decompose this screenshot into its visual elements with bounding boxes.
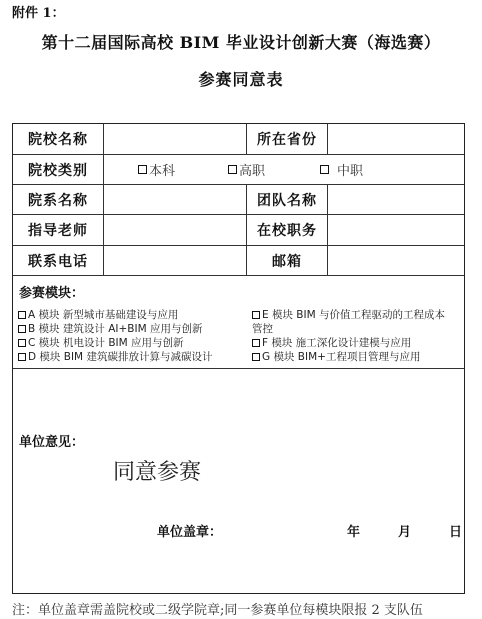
checkbox-icon[interactable]: [252, 311, 260, 319]
email-label: 邮箱: [272, 251, 302, 271]
school-name-label: 院校名称: [28, 129, 88, 149]
opinion-text[interactable]: 同意参赛: [113, 455, 201, 486]
module-f[interactable]: F 模块 施工深化设计建模与应用: [252, 335, 411, 350]
year-label: 年: [347, 521, 360, 540]
modules-title: 参赛模块：: [19, 282, 84, 301]
module-b[interactable]: B 模块 建筑设计 AI+BIM 应用与创新: [18, 321, 203, 336]
checkbox-icon[interactable]: [18, 311, 26, 319]
phone-field[interactable]: [103, 246, 246, 275]
checkbox-icon[interactable]: [228, 165, 237, 174]
option-secondary-vocational[interactable]: 中职: [320, 155, 363, 184]
email-field[interactable]: [327, 246, 464, 275]
consent-form-table: 院校名称 所在省份 院校类别 本科 高职 中职 院系名称 团队名称 指导老师 在…: [12, 123, 465, 594]
module-d[interactable]: D 模块 BIM 建筑碳排放计算与减碳设计: [18, 349, 212, 364]
opinion-label: 单位意见：: [19, 431, 84, 450]
row-advisor: 指导老师 在校职务: [13, 215, 464, 246]
phone-label: 联系电话: [28, 251, 88, 271]
attachment-label: 附件 1：: [12, 2, 65, 21]
advisor-field[interactable]: [103, 215, 246, 245]
module-a[interactable]: A 模块 新型城市基础建设与应用: [18, 307, 178, 322]
department-label: 院系名称: [28, 190, 88, 210]
seal-label: 单位盖章：: [157, 521, 222, 540]
school-name-field[interactable]: [103, 124, 246, 154]
department-field[interactable]: [103, 185, 246, 214]
row-school-type: 院校类别 本科 高职 中职: [13, 155, 464, 185]
module-c[interactable]: C 模块 机电设计 BIM 应用与创新: [18, 335, 184, 350]
module-g[interactable]: G 模块 BIM+工程项目管理与应用: [252, 349, 420, 364]
team-name-label: 团队名称: [257, 190, 317, 210]
modules-section: 参赛模块： A 模块 新型城市基础建设与应用 B 模块 建筑设计 AI+BIM …: [13, 276, 464, 369]
advisor-label: 指导老师: [28, 220, 88, 240]
checkbox-icon[interactable]: [252, 353, 260, 361]
position-label: 在校职务: [257, 220, 317, 240]
row-school-name: 院校名称 所在省份: [13, 124, 464, 155]
module-e[interactable]: E 模块 BIM 与价值工程驱动的工程成本: [252, 307, 445, 322]
option-vocational-college[interactable]: 高职: [228, 155, 265, 184]
checkbox-icon[interactable]: [18, 339, 26, 347]
school-type-label: 院校类别: [28, 160, 88, 180]
position-field[interactable]: [327, 215, 464, 245]
row-contact: 联系电话 邮箱: [13, 246, 464, 276]
checkbox-icon[interactable]: [320, 165, 329, 174]
team-name-field[interactable]: [327, 185, 464, 214]
opinion-section: 单位意见： 同意参赛 单位盖章： 年 月 日: [13, 369, 464, 593]
page-subtitle: 参赛同意表: [0, 67, 482, 90]
province-field[interactable]: [327, 124, 464, 154]
row-department: 院系名称 团队名称: [13, 185, 464, 215]
module-e-continued: 管控: [252, 321, 273, 336]
checkbox-icon[interactable]: [18, 325, 26, 333]
page-title: 第十二届国际高校 BIM 毕业设计创新大赛（海选赛）: [0, 30, 482, 53]
footnote: 注：单位盖章需盖院校或二级学院章;同一参赛单位每模块限报 2 支队伍: [12, 599, 423, 618]
day-label: 日: [449, 521, 462, 540]
checkbox-icon[interactable]: [252, 339, 260, 347]
month-label: 月: [398, 521, 411, 540]
province-label: 所在省份: [257, 129, 317, 149]
option-undergraduate[interactable]: 本科: [138, 155, 175, 184]
checkbox-icon[interactable]: [18, 353, 26, 361]
checkbox-icon[interactable]: [138, 165, 147, 174]
